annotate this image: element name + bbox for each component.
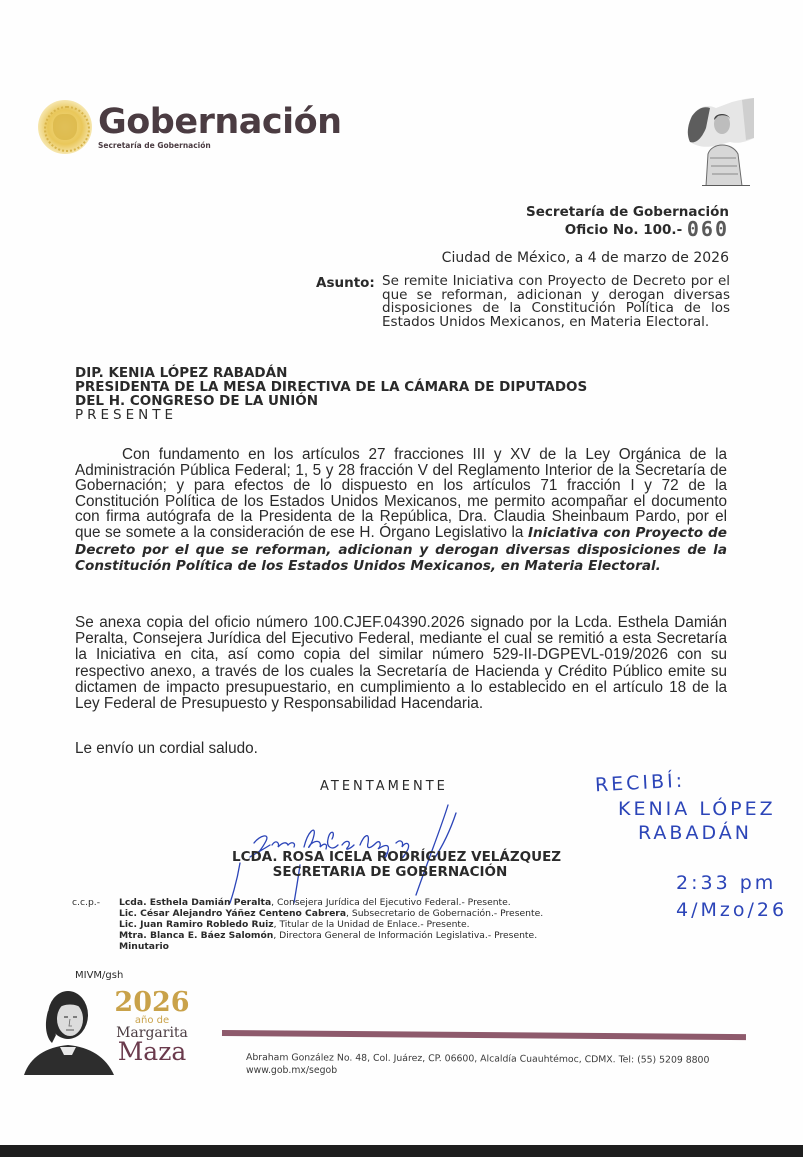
ccp-entry: Mtra. Blanca E. Báez Salomón, Directora … [119, 930, 543, 941]
subject-text: Se remite Iniciativa con Proyecto de Dec… [382, 275, 730, 329]
receipt-time: 2:33 pm [676, 872, 776, 894]
ccp-entry: Lic. Juan Ramiro Robledo Ruiz, Titular d… [119, 919, 543, 930]
logo-subtitle: Secretaría de Gobernación [98, 141, 342, 150]
oficio-line: Oficio No. 100.- 060 [526, 220, 729, 239]
place-date: Ciudad de México, a 4 de marzo de 2026 [442, 250, 729, 266]
footer-divider [222, 1030, 746, 1040]
document-page: Gobernación Secretaría de Gobernación Se… [0, 0, 803, 1145]
body-paragraph-1: Con fundamento en los artículos 27 fracc… [75, 447, 727, 575]
logo-title: Gobernación [98, 104, 342, 140]
emblem-year: 2026 [112, 990, 192, 1016]
ccp-list: Lcda. Esthela Damián Peralta, Consejera … [119, 897, 543, 952]
reference-block: Secretaría de Gobernación Oficio No. 100… [526, 205, 729, 239]
receipt-name-line-1: KENIA LÓPEZ [618, 798, 776, 820]
ccp-entry: Lic. César Alejandro Yáñez Centeno Cabre… [119, 908, 543, 919]
addressee-position-1: PRESIDENTA DE LA MESA DIRECTIVA DE LA CÁ… [75, 380, 587, 394]
subject-label: Asunto: [316, 275, 382, 329]
margarita-maza-emblem: 2026 año de Margarita Maza [24, 985, 224, 1075]
gobernacion-logo: Gobernación Secretaría de Gobernación [38, 100, 342, 154]
atentamente-label: ATENTAMENTE [320, 779, 448, 794]
ccp-entry: Lcda. Esthela Damián Peralta, Consejera … [119, 897, 543, 908]
signer-name: LCDA. ROSA ICELA RODRÍGUEZ VELÁZQUEZ [232, 850, 548, 865]
receipt-name-line-2: RABADÁN [638, 822, 752, 844]
footer-address: Abraham González No. 48, Col. Juárez, CP… [246, 1052, 709, 1066]
signer-title: SECRETARIA DE GOBERNACIÓN [232, 865, 548, 880]
receipt-received-label: RECIBÍ: [594, 770, 685, 797]
patria-flag-icon [684, 98, 754, 186]
addressee-block: DIP. KENIA LÓPEZ RABADÁN PRESIDENTA DE L… [75, 366, 587, 423]
addressee-name: DIP. KENIA LÓPEZ RABADÁN [75, 366, 587, 380]
oficio-number: 060 [687, 217, 729, 241]
ccp-label: c.c.p.- [72, 897, 119, 952]
typist-initials: MIVM/gsh [75, 970, 123, 981]
oficio-label: Oficio No. 100.- [565, 222, 682, 238]
receipt-date: 4/Mzo/26 [676, 899, 787, 921]
ccp-block: c.c.p.- Lcda. Esthela Damián Peralta, Co… [72, 897, 543, 952]
margarita-maza-portrait-icon [24, 985, 114, 1075]
emblem-name-2: Maza [112, 1040, 192, 1064]
body-paragraph-2: Se anexa copia del oficio número 100.CJE… [75, 615, 727, 712]
signer-block: LCDA. ROSA ICELA RODRÍGUEZ VELÁZQUEZ SEC… [232, 850, 548, 880]
subject-block: Asunto: Se remite Iniciativa con Proyect… [316, 275, 730, 329]
footer-url: www.gob.mx/segob [246, 1065, 337, 1076]
coat-of-arms-seal-icon [38, 100, 92, 154]
ccp-entry: Minutario [119, 941, 543, 952]
addressee-presente: PRESENTE [75, 408, 587, 423]
addressee-position-2: DEL H. CONGRESO DE LA UNIÓN [75, 394, 587, 408]
bottom-edge-bar [0, 1145, 803, 1157]
closing-salutation: Le envío un cordial saludo. [75, 740, 727, 758]
